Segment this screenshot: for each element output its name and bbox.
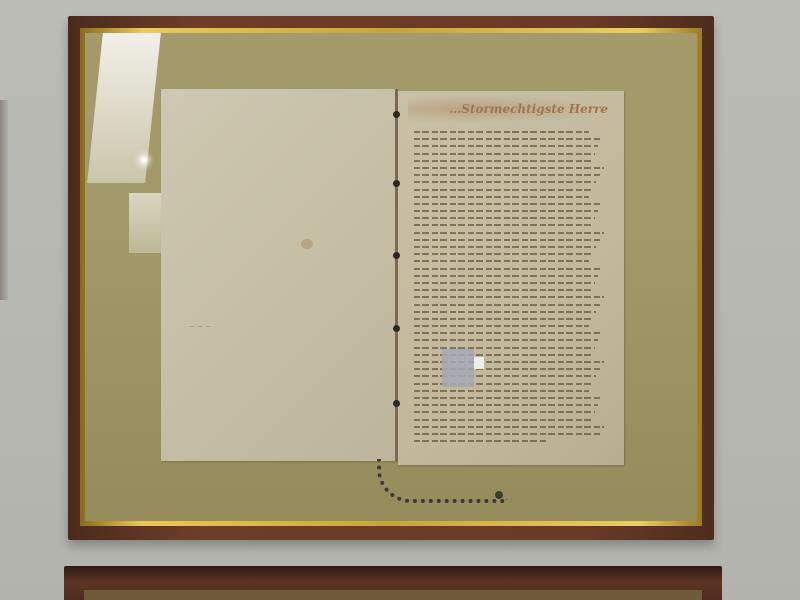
mat-background: — — — …Stormechtigste Herre	[85, 33, 697, 521]
text-line	[414, 153, 595, 155]
text-line	[414, 397, 602, 399]
text-line	[414, 419, 591, 421]
left-page-inscription: — — —	[189, 324, 212, 330]
binding-stitch	[393, 400, 400, 407]
text-line	[414, 268, 602, 270]
manuscript-right-page: …Stormechtigste Herre	[398, 91, 624, 465]
text-line	[414, 289, 591, 291]
manuscript-heading: …Stormechtigste Herre	[408, 95, 608, 123]
binding-stitch	[393, 252, 400, 259]
text-line	[414, 131, 589, 133]
text-line	[414, 224, 591, 226]
gold-trim: — — — …Stormechtigste Herre	[80, 28, 702, 526]
text-line	[414, 232, 604, 234]
text-line	[414, 181, 596, 183]
text-line	[414, 246, 596, 248]
text-line	[414, 160, 591, 162]
text-line	[414, 354, 591, 356]
text-line	[414, 282, 595, 284]
text-line	[414, 210, 598, 212]
text-line	[414, 304, 600, 306]
text-line	[414, 167, 604, 169]
text-line	[414, 203, 602, 205]
light-reflection	[141, 157, 147, 163]
adjacent-frame-edge	[0, 100, 8, 300]
text-line	[414, 174, 600, 176]
lower-frame-inner	[84, 590, 702, 600]
text-line	[414, 311, 596, 313]
text-line	[414, 383, 593, 385]
white-patch	[474, 357, 484, 369]
hanging-cord	[377, 459, 507, 503]
cord-end	[495, 491, 503, 499]
manuscript-left-page: — — —	[161, 89, 397, 461]
text-line	[414, 440, 547, 442]
text-line	[414, 332, 602, 334]
text-line	[414, 239, 600, 241]
text-line	[414, 189, 593, 191]
text-line	[414, 318, 593, 320]
text-line	[414, 217, 595, 219]
text-line	[414, 196, 589, 198]
handwritten-text-lines	[414, 131, 604, 447]
text-line	[414, 426, 604, 428]
window-reflection	[87, 33, 161, 183]
paper-seal	[442, 349, 474, 387]
picture-frame: — — — …Stormechtigste Herre	[68, 16, 714, 540]
binding-stitch	[393, 111, 400, 118]
text-line	[414, 296, 604, 298]
text-line	[414, 275, 598, 277]
text-line	[414, 138, 602, 140]
text-line	[414, 390, 589, 392]
binding-stitch	[393, 180, 400, 187]
text-line	[414, 339, 598, 341]
text-line	[414, 260, 589, 262]
text-line	[414, 145, 598, 147]
text-line	[414, 253, 593, 255]
lower-picture-frame	[64, 566, 722, 600]
text-line	[414, 404, 598, 406]
text-line	[414, 411, 595, 413]
stain	[301, 239, 313, 249]
binding-stitch	[393, 325, 400, 332]
text-line	[414, 433, 600, 435]
text-line	[414, 325, 589, 327]
